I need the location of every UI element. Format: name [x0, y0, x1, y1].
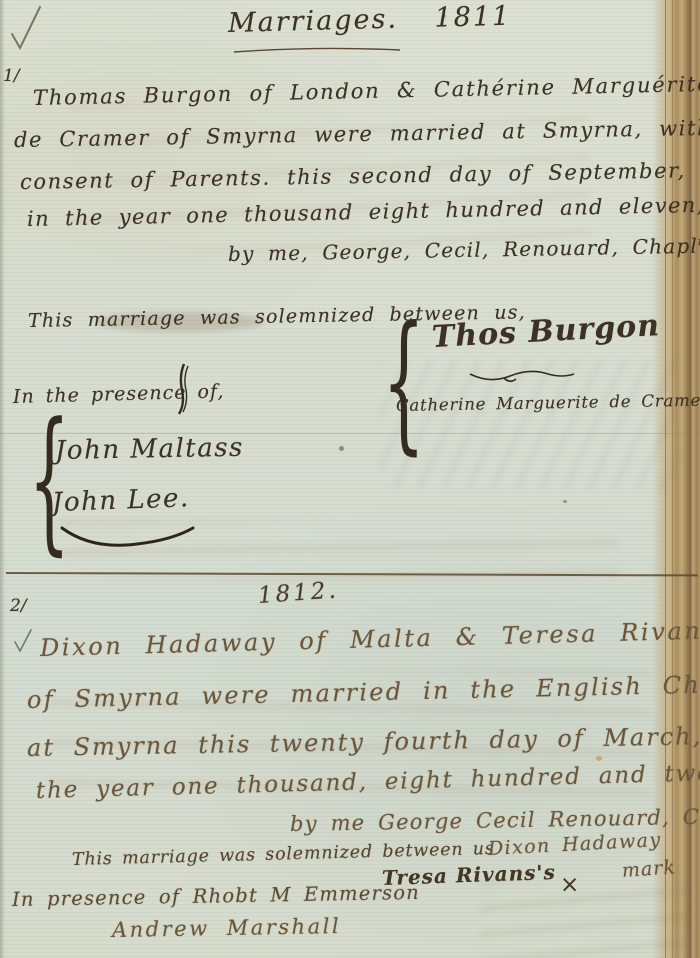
- entry1-body-line: de Cramer of Smyrna were married at Smyr…: [14, 116, 700, 152]
- entry1-body-line: consent of Parents. this second day of S…: [20, 158, 686, 194]
- entry1-margin-number: 1/: [3, 66, 20, 86]
- couple-brace: {: [382, 322, 425, 442]
- entry2-body-line: of Smyrna were married in the English Ch…: [27, 669, 700, 714]
- entry1-body-line: in the year one thousand eight hundred a…: [27, 193, 700, 231]
- entry1-witness-signature: John Maltass: [55, 433, 244, 466]
- page-left-edge: [0, 0, 5, 958]
- entry2-witness-signature: Andrew Marshall: [112, 914, 341, 942]
- entry2-year-heading: 1812.: [257, 577, 339, 609]
- paper-stain: [563, 500, 567, 503]
- john-lee-underline-flourish: [58, 524, 198, 548]
- title-underline-flourish: [232, 46, 404, 56]
- presence-flourish-mark: [174, 362, 190, 416]
- groom-signature-flourish: [468, 366, 598, 382]
- entry1-officiant-text: by me, George, Cecil, Renouard, Chapl: [228, 234, 698, 266]
- check-mark-icon: [12, 628, 34, 654]
- entry2-witness-line: In presence of Rhobt M Emmerson: [12, 881, 420, 911]
- entry2-bride-mark-label: mark: [621, 856, 676, 882]
- check-mark-icon: [6, 4, 44, 52]
- entry2-bride-mark-x: ×: [560, 872, 579, 898]
- entry2-margin-number: 2/: [10, 596, 27, 616]
- entry2-body-line: the year one thousand, eight hundred and…: [36, 759, 700, 804]
- entry1-officiant-line: by me, George, Cecil, Renouard, Chapln:: [228, 234, 700, 266]
- entry2-groom-signature: Dixon Hadaway: [487, 829, 662, 860]
- entry2-body-line: Dixon Hadaway of Malta & Teresa Rivans: [40, 616, 700, 662]
- paper-stain-line: [0, 433, 700, 434]
- paper-stain: [339, 446, 344, 451]
- entry1-body-line: Thomas Burgon of London & Cathérine Marg…: [33, 72, 700, 110]
- entry1-witness-signature: John Lee.: [51, 483, 190, 518]
- page-title: Marriages. 1811: [228, 1, 512, 39]
- register-page: Marriages. 1811 1/ Thomas Burgon of Lond…: [0, 0, 700, 958]
- paper-stain: [596, 756, 602, 761]
- entry-divider-rule: [6, 572, 698, 576]
